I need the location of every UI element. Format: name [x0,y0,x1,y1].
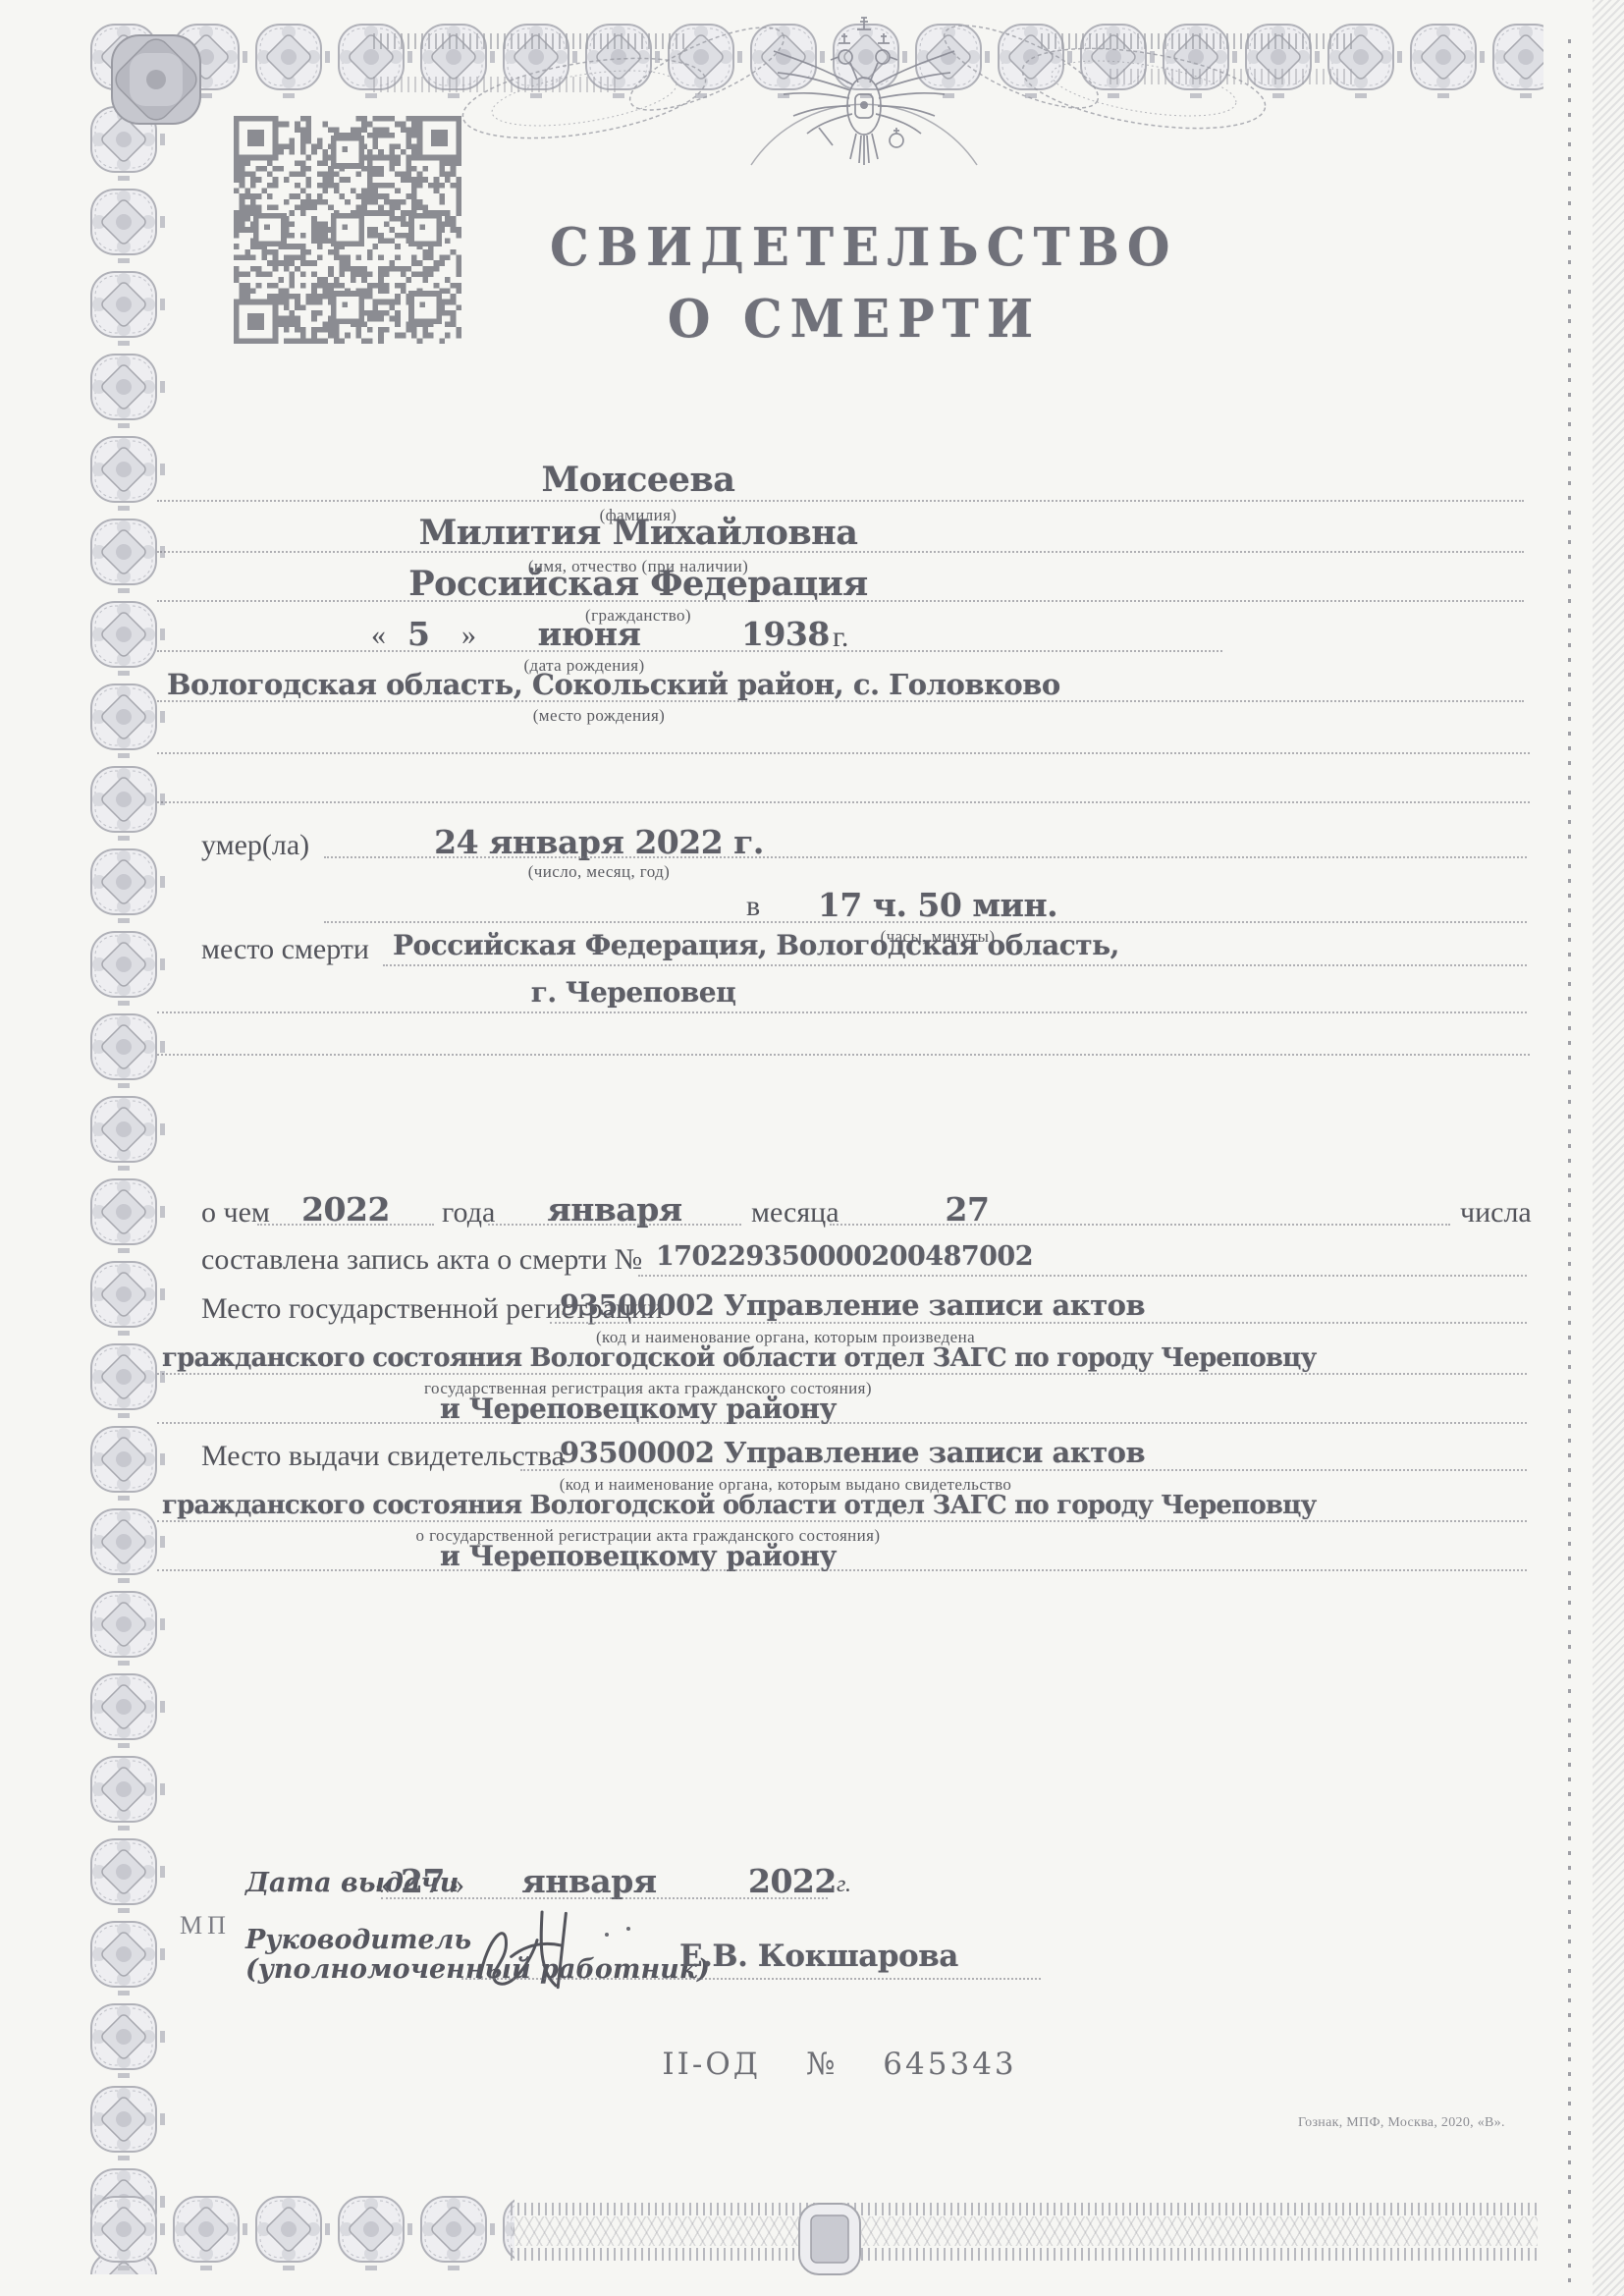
line-issuance-3 [157,1569,1527,1571]
border-microtext-right [1568,39,1584,2288]
border-pattern-left [82,98,169,2274]
birth-place-caption: (место рождения) [167,706,1031,726]
issue-month: января [481,1862,697,1900]
empty-line-3 [157,1054,1530,1056]
in-label: в [746,890,760,923]
certificate-title: СВИДЕТЕЛЬСТВО О СМЕРТИ [550,218,1159,348]
act-label: составлена запись акта о смерти № [201,1243,642,1277]
line-birth-date [157,650,1222,652]
line-issuance-1 [520,1469,1527,1471]
issue-year: 2022 [748,1862,837,1900]
line-act-number [638,1275,1527,1277]
chisla-label: числа [1460,1196,1532,1230]
issue-day: 27 [401,1862,445,1900]
mesyaca-label: месяца [751,1196,839,1230]
birth-quote-open: « [371,619,386,652]
title-line1: СВИДЕТЕЛЬСТВО [550,216,1159,278]
blank-number: 645343 [883,2047,1016,2082]
line-name [157,551,1524,553]
birth-day: 5 [407,615,429,653]
registration-line2: гражданского состояния Вологодской облас… [162,1343,1036,1373]
bottom-guilloche-band [511,2203,1538,2264]
title-line2: О СМЕРТИ [550,288,1159,350]
border-hatch-right [1593,0,1624,2296]
death-place-line2: г. Череповец [393,976,874,1009]
line-registration-2 [157,1373,1527,1375]
line-death-place-2 [157,1011,1527,1013]
registration-line3: и Череповецкому району [167,1393,1110,1425]
birth-year: 1938 [741,615,830,653]
issue-year-suffix: г. [837,1872,851,1898]
line-surname [157,500,1524,502]
line-death-place-1 [383,964,1527,966]
birth-year-suffix: г. [833,621,848,654]
line-registration-1 [550,1322,1527,1324]
issuance-line2: гражданского состояния Вологодской облас… [162,1491,1036,1520]
signer-name: Е.В. Кокшарова [679,1939,958,1974]
number-sign: № [806,2047,838,2082]
header-garland [373,8,1355,180]
stamp-place-label: МП [180,1911,231,1941]
birth-month: июня [471,615,707,653]
issuance-line1: 93500002 Управление записи актов [560,1436,1011,1469]
empty-line-2 [157,801,1530,803]
act-number: 170229350000200487002 [638,1241,1051,1272]
coat-of-arms-icon [774,18,954,165]
line-record-month [488,1224,741,1226]
series-code: II-ОД [662,2047,761,2082]
border-pattern-bottom-left [82,2188,514,2274]
death-time-value: 17 ч. 50 мин. [776,886,1100,924]
name-value: Милития Михайловна [167,513,1110,553]
line-record-year [257,1224,434,1226]
qr-code [234,116,461,344]
death-certificate-scan: СВИДЕТЕЛЬСТВО О СМЕРТИ Моисеева (фамилия… [0,0,1624,2296]
death-place-line1: Российская Федерация, Вологодская област… [393,929,952,961]
issuance-line3: и Череповецкому району [167,1540,1110,1572]
issuance-label: Место выдачи свидетельства [201,1440,565,1473]
line-issuance-2 [157,1520,1527,1522]
line-signature [461,1978,1041,1980]
line-citizenship [157,600,1524,602]
empty-line-1 [157,752,1530,754]
printer-note: Гознак, МПФ, Москва, 2020, «В». [1298,2115,1505,2131]
head-label: Руководитель [245,1925,471,1955]
issue-quote-open: « [375,1868,390,1901]
bottom-medallion [785,2192,874,2286]
signature [460,1897,646,1999]
death-date-caption: (число, месяц, год) [324,862,874,882]
registration-line1: 93500002 Управление записи актов [560,1288,1011,1322]
birth-place-value: Вологодская область, Сокольский район, с… [167,668,1031,701]
line-death-date [324,856,1527,858]
line-record-day [830,1224,1450,1226]
issue-quote-close: » [450,1868,464,1901]
death-place-label: место смерти [201,933,369,966]
died-label: умер(ла) [201,829,309,862]
surname-value: Моисеева [167,460,1110,500]
corner-rosette [96,20,216,139]
line-death-time [324,921,1527,923]
line-birth-place [157,700,1524,702]
line-registration-3 [157,1422,1527,1424]
series-number: II-ОД№645343 [609,2047,1070,2082]
citizenship-value: Российская Федерация [167,564,1110,604]
